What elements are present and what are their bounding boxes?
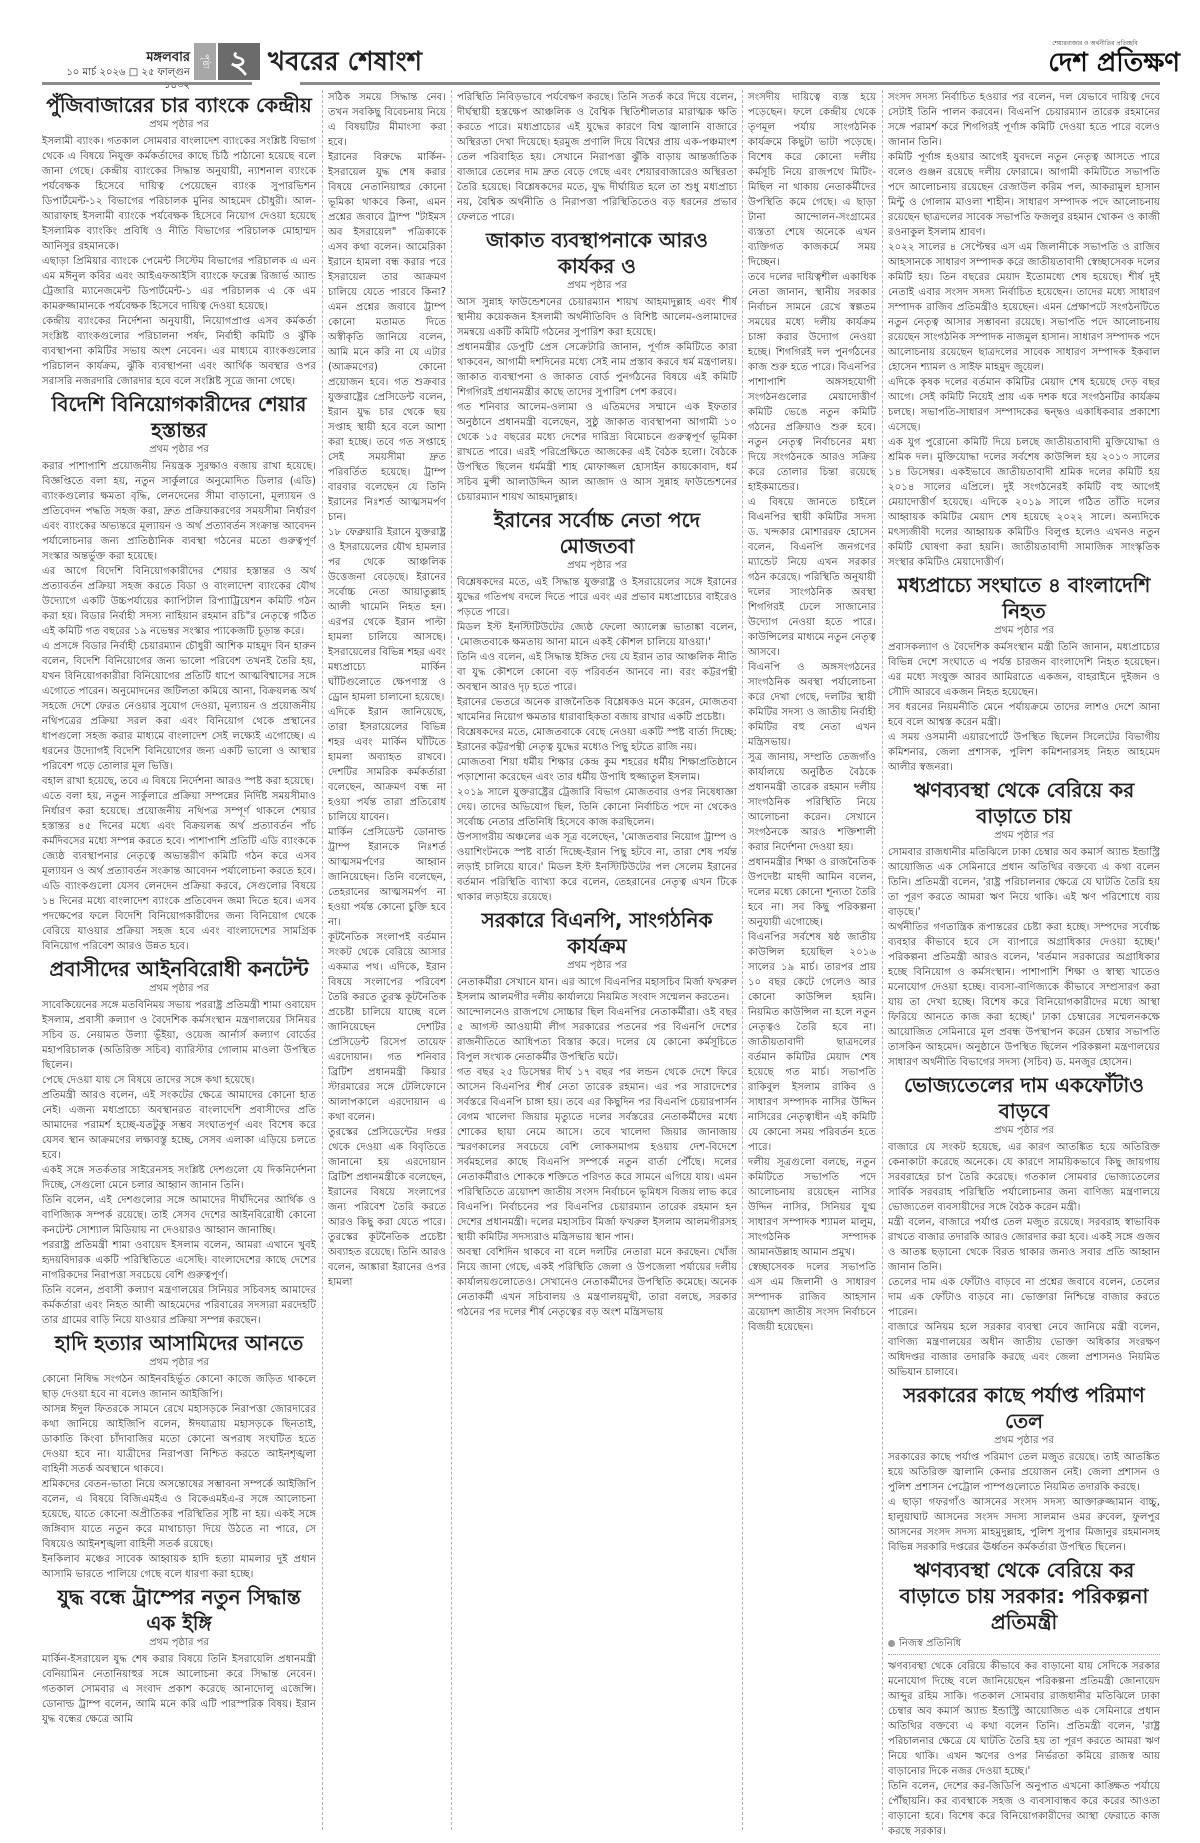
issue-date-block: মঙ্গলবার ১০ মার্চ ২০২৬ □ ২৫ ফাল্গুন ১৪৩২	[60, 50, 190, 92]
continued-label: প্রথম পৃষ্ঠার পর	[42, 982, 316, 996]
paragraph: তুরস্কের প্রেসিডেন্টের দপ্তর থেকে দেওয়া…	[328, 1125, 446, 1290]
issue-date: ১০ মার্চ ২০২৬ □ ২৫ ফাল্গুন ১৪৩২	[60, 66, 190, 92]
article-oil-reserve: সরকারের কাছে পর্যাপ্ত পরিমাণ তেল প্রথম প…	[888, 1382, 1160, 1555]
byline-text: নিজস্ব প্রতিনিধি	[899, 1638, 961, 1649]
paragraph: স্বেচ্ছাসেবক দলের সভাপতি এস এম জিলানী ও …	[748, 1260, 876, 1335]
headline: ঋণব্যবস্থা থেকে বেরিয়ে কর বাড়াতে চায়	[888, 777, 1160, 829]
continued-label: প্রথম পৃষ্ঠার পর	[42, 443, 316, 457]
paragraph: দলীয় সূত্রগুলো বলছে, নতুন কমিটিতে সভাপত…	[748, 1155, 876, 1260]
paragraph: সুত্র জানায়, সম্প্রতি তেজগাঁও কার্যালয়…	[748, 750, 876, 855]
article-iran-leader: ইরানের সর্বোচ্চ নেতা পদে মোজতবা প্রথম পৃ…	[457, 507, 737, 905]
paragraph: বিএনপি ও অঙ্গসংগঠনের সাংগঠনিক অবস্থা পর্…	[748, 660, 876, 750]
paragraph: আস সুন্নাহ ফাউন্ডেশনের চেয়ারম্যান শায়খ…	[457, 295, 737, 340]
continued-label: প্রথম পৃষ্ঠার পর	[888, 1434, 1160, 1448]
paragraph: এর আগে বিদেশি বিনিয়োগকারীদের শেয়ার হস্…	[42, 564, 316, 639]
logo-wordmark: দেশ প্রতিক্ষণ	[1048, 48, 1180, 78]
paragraph: বিএনপির সর্বশেষ ষষ্ঠ জাতীয় কাউন্সিল হয়…	[748, 930, 876, 1155]
continued-label: প্রথম পৃষ্ঠার পর	[42, 1356, 316, 1370]
headline: পুঁজিবাজারের চার ব্যাংকে কেন্দ্রীয়	[42, 92, 316, 118]
paragraph: এদিকে কৃষক দলের বর্তমান কমিটির মেয়াদ শে…	[888, 375, 1160, 435]
paragraph: বিশ্লেষকদের মতে, মোজতবাকে বেছে নেওয়া এক…	[457, 725, 737, 755]
continued-label: প্রথম পৃষ্ঠার পর	[457, 279, 737, 293]
paragraph: কোনো নিষিদ্ধ সংগঠন আইনবহির্ভূত কোনো কাজে…	[42, 1372, 316, 1402]
paragraph: মোজতবা শিয়া ধর্মীয় শিক্ষার কেন্দ্র কুম…	[457, 755, 737, 785]
paragraph: এছাড়া প্রিমিয়ার ব্যাংকে পেমেন্ট সিস্টে…	[42, 254, 316, 314]
paragraph: এ প্রসঙ্গে বিডার নির্বাহী চেয়ারম্যান চৌ…	[42, 639, 316, 774]
headline: ইরানের সর্বোচ্চ নেতা পদে মোজতবা	[457, 507, 737, 559]
column-2: সঠিক সময়ে সিদ্ধান্ত নেব। তখন সবকিছু বিব…	[328, 90, 446, 1835]
paragraph: তিনি বলেন, দেশের কর-জিডিপি অনুপাত এখনো ক…	[888, 1779, 1160, 1835]
paragraph: মার্কিন প্রেসিডেন্ট ডোনাল্ড ট্রাম্প ইরান…	[328, 825, 446, 930]
paragraph: এদিকে ইরান জানিয়েছে, তারা ইসরায়েলের বি…	[328, 705, 446, 825]
paragraph: তেলের দাম এক ফোঁটাও বাড়বে না প্রশ্নের জ…	[888, 1275, 1160, 1320]
paragraph: আন্দোলনেও রাজপথে সোচ্চার ছিল বিএনপির নেত…	[457, 1005, 737, 1065]
headline: ঋণব্যবস্থা থেকে বেরিয়ে কর বাড়াতে চায় …	[888, 1557, 1160, 1635]
headline: হাদি হত্যার আসামিদের আনতে	[42, 1330, 316, 1356]
column-divider	[882, 90, 883, 1830]
paragraph: প্রধানমন্ত্রীর শিক্ষা ও রাজনৈতিক উপদেষ্ট…	[748, 855, 876, 930]
paragraph: এ ছাড়া গফরগাঁও আসনের সংসদ সদস্য আক্তারু…	[888, 1495, 1160, 1555]
paragraph: আসন্ন ঈদুল ফিতরকে সামনে রেখে মহাসড়কে নি…	[42, 1402, 316, 1477]
paragraph: ইরানের ভেতরে অনেক রাজনৈতিক বিশ্লেষকও মনে…	[457, 695, 737, 725]
article-foreign-investors: বিদেশি বিনিয়োগকারীদের শেয়ার হস্তান্তর …	[42, 391, 316, 954]
paragraph: ঋণব্যবস্থা থেকে বেরিয়ে কীভাবে কর বাড়ান…	[888, 1659, 1160, 1779]
paragraph: সোমবার রাজধানীর মতিঝিলে ঢাকা চেম্বার অব …	[888, 845, 1160, 920]
paragraph: তিনি বলেন, প্রবাসী কল্যাণ মন্ত্রণালয়ের …	[42, 1283, 316, 1328]
article-debt-tax-full: ঋণব্যবস্থা থেকে বেরিয়ে কর বাড়াতে চায় …	[888, 1557, 1160, 1835]
page-number: ২	[218, 43, 260, 80]
paragraph: গত শনিবার আলেম-ওলামা ও এতিমদের সম্মানে এ…	[457, 400, 737, 505]
paragraph: তিনি বলেন, এই দেশগুলোর সঙ্গে আমাদের দীর্…	[42, 1193, 316, 1238]
column-1: পুঁজিবাজারের চার ব্যাংকে কেন্দ্রীয় প্রথ…	[42, 90, 316, 1835]
paragraph: করার পাশাপাশি প্রয়োজনীয় নিয়ন্ত্রক সুর…	[42, 459, 316, 564]
continued-label: প্রথম পৃষ্ঠার পর	[42, 1636, 316, 1650]
paragraph: পরিস্থিতি নিবিড়ভাবে পর্যবেক্ষণ করছে। তি…	[457, 90, 737, 225]
paragraph: প্রবাসকল্যাণ ও বৈদেশিক কর্মসংস্থান মন্ত্…	[888, 640, 1160, 700]
paragraph: ১৮ ফেব্রুয়ারি ইরানে যুক্তরাষ্ট্র ও ইসরা…	[328, 525, 446, 705]
paragraph: বাজারে অনিয়ম হলে সরকার ব্যবস্থা নেবে জা…	[888, 1320, 1160, 1380]
paragraph: সাবেকিয়েনের সঙ্গে মতবিনিময় সভায় পররাষ…	[42, 998, 316, 1073]
headline: প্রবাসীদের আইনবিরোধী কনটেন্ট	[42, 956, 316, 982]
article-hadi-murder: হাদি হত্যার আসামিদের আনতে প্রথম পৃষ্ঠার …	[42, 1330, 316, 1582]
paragraph: পররাষ্ট্র প্রতিমন্ত্রী শামা ওবায়েদ ইসলা…	[42, 1238, 316, 1283]
paragraph: বিশ্লেষকদের মতে, এই সিদ্ধান্ত যুক্তরাষ্ট…	[457, 575, 737, 620]
paragraph: বাজারে যে সংকট হয়েছে, এর কারণ আতঙ্কিত হ…	[888, 1140, 1160, 1215]
paragraph: ইনকিলাব মঞ্চের সাবেক আহ্বায়ক হাদি হত্যা…	[42, 1552, 316, 1582]
paragraph: মন্ত্রী বলেন, বাজারে পর্যাপ্ত তেল মজুত র…	[888, 1215, 1160, 1275]
paragraph: মার্কিন-ইসরায়েল যুদ্ধ শেষ করার বিষয়ে ত…	[42, 1652, 316, 1727]
byline: নিজস্ব প্রতিনিধি	[888, 1637, 1160, 1655]
paragraph: ইসলামী ব্যাংক। গতকাল সোমবার বাংলাদেশ ব্য…	[42, 134, 316, 254]
article-middle-east-deaths: মধ্যপ্রাচ্যে সংঘাতে ৪ বাংলাদেশি নিহত প্র…	[888, 572, 1160, 775]
continued-label: প্রথম পৃষ্ঠার পর	[457, 959, 737, 973]
paragraph: পেছে দেওয়া যায় সে বিষয়ে তাদের সঙ্গে ক…	[42, 1073, 316, 1088]
paragraph: গত বছর ২৫ ডিসেম্বর দীর্ঘ ১৭ বছর পর লন্ডন…	[457, 1065, 737, 1245]
continued-label: প্রথম পৃষ্ঠার পর	[42, 118, 316, 132]
paragraph: কমিটি পূর্ণাঙ্গ হওয়ার আগেই যুবদলে নতুন …	[888, 150, 1160, 240]
column-divider	[451, 90, 452, 1830]
headline: যুদ্ধ বন্ধে ট্রাম্পের নতুন সিদ্ধান্ত এক …	[42, 1584, 316, 1636]
paragraph: সংসদীয় দায়িত্বে ব্যস্ত হয়ে পড়েছেন। ফ…	[748, 90, 876, 270]
headline: সরকারের কাছে পর্যাপ্ত পরিমাণ তেল	[888, 1382, 1160, 1434]
header-rule-left	[42, 82, 252, 85]
paragraph: এক যুগ পুরোনো কমিটি দিয়ে চলছে জাতীয়তাব…	[888, 435, 1160, 570]
paragraph: ২০১৯ সালে যুক্তরাষ্ট্রের ট্রেজারি বিভাগ …	[457, 785, 737, 830]
paragraph: শ্রমিকদের বেতন-ভাতা নিয়ে অসন্তোষের সম্ভ…	[42, 1477, 316, 1552]
paragraph: নেতাকর্মীরা সেখানে যান। এর আগে বিএনপির ম…	[457, 975, 737, 1005]
paragraph: অবস্থা বেশিদিন থাকবে না বলে দলটির নেতারা…	[457, 1245, 737, 1320]
section-title: খবরের শেষাংশ	[268, 46, 422, 78]
paragraph: প্রধানমন্ত্রীর ডেপুটি প্রেস সেক্রেটারি জ…	[457, 340, 737, 400]
continued-label: প্রথম পৃষ্ঠার পর	[457, 559, 737, 573]
paragraph: বহাল রাখা হয়েছে, তবে এ বিষয়ে নির্দেশনা…	[42, 774, 316, 789]
article-zakat: জাকাত ব্যবস্থাপনাকে আরও কার্যকর ও প্রথম …	[457, 227, 737, 505]
paragraph: ইরানের বিরুদ্ধে মার্কিন-ইসরায়েল যুদ্ধ শ…	[328, 150, 446, 525]
paragraph: সরকারের কাছে পর্যাপ্ত পরিমাণ তেল মজুত রয…	[888, 1450, 1160, 1495]
paragraph: সংসদ সদস্য নির্বাচিত হওয়ার পর বলেন, দল …	[888, 90, 1160, 150]
article-pujibazar: পুঁজিবাজারের চার ব্যাংকে কেন্দ্রীয় প্রথ…	[42, 92, 316, 389]
column-divider	[322, 90, 323, 1830]
article-debt-tax: ঋণব্যবস্থা থেকে বেরিয়ে কর বাড়াতে চায় …	[888, 777, 1160, 1070]
newspaper-logo: শেয়ারবাজার ও অর্থনীতির প্রতিচ্ছবি দেশ প…	[1048, 40, 1180, 78]
paragraph: প্রতিমন্ত্রী আরও বলেন, এই সংকটের ক্ষেত্র…	[42, 1088, 316, 1163]
paragraph: এতে বলা হয়, নতুন সার্কুলারে প্রক্রিয়া …	[42, 789, 316, 954]
column-3: পরিস্থিতি নিবিড়ভাবে পর্যবেক্ষণ করছে। তি…	[457, 90, 737, 1835]
paragraph: মিডল ইস্ট ইনস্টিটিউটের জ্যেষ্ঠ ফেলো অ্যা…	[457, 620, 737, 650]
paragraph: কূটনৈতিক সংলাপই বর্তমান সংকট থেকে বেরিয়…	[328, 930, 446, 1125]
issue-weekday: মঙ্গলবার	[60, 50, 190, 66]
paragraph: কেন্দ্রীয় ব্যাংকের নির্দেশনা অনুযায়ী, …	[42, 314, 316, 389]
article-edible-oil: ভোজ্যতেলের দাম একফোঁটাও বাড়বে প্রথম পৃষ…	[888, 1072, 1160, 1380]
paragraph: ২০২২ সালের ৪ সেপ্টেম্বর এস এম জিলানীকে স…	[888, 240, 1160, 375]
masthead: মঙ্গলবার ১০ মার্চ ২০২৬ □ ২৫ ফাল্গুন ১৪৩২…	[0, 0, 1200, 80]
headline: বিদেশি বিনিয়োগকারীদের শেয়ার হস্তান্তর	[42, 391, 316, 443]
column-divider	[742, 90, 743, 1830]
paragraph: এ বিষয়ে জানতে চাইলে বিএনপির স্থায়ী কমি…	[748, 495, 876, 660]
column-4: সংসদীয় দায়িত্বে ব্যস্ত হয়ে পড়েছেন। ফ…	[748, 90, 876, 1835]
continued-label: প্রথম পৃষ্ঠার পর	[888, 1124, 1160, 1138]
column-5: সংসদ সদস্য নির্বাচিত হওয়ার পর বলেন, দল …	[888, 90, 1160, 1835]
paragraph: অর্থনীতির গণতান্ত্রিক রূপান্তরের চেষ্টা …	[888, 920, 1160, 1070]
paragraph: এ সময় ওসমানী এয়ারপোর্টে উপস্থিত ছিলেন …	[888, 730, 1160, 775]
continued-label: প্রথম পৃষ্ঠার পর	[888, 624, 1160, 638]
headline: মধ্যপ্রাচ্যে সংঘাতে ৪ বাংলাদেশি নিহত	[888, 572, 1160, 624]
headline: সরকারে বিএনপি, সাংগঠনিক কার্যক্রম	[457, 907, 737, 959]
paragraph: সব ধরনের নিয়মনীতি মেনে পর্যায়ক্রমে তাদ…	[888, 700, 1160, 730]
logo-tagline: শেয়ারবাজার ও অর্থনীতির প্রতিচ্ছবি	[1052, 40, 1180, 48]
headline: জাকাত ব্যবস্থাপনাকে আরও কার্যকর ও	[457, 227, 737, 279]
paragraph: একই সঙ্গে সতর্কতার সাইরেনসহ সংশ্লিষ্ট দে…	[42, 1163, 316, 1193]
continued-label: প্রথম পৃষ্ঠার পর	[888, 829, 1160, 843]
article-bnp-organisation: সরকারে বিএনপি, সাংগঠনিক কার্যক্রম প্রথম …	[457, 907, 737, 1320]
paragraph: উপসাগরীয় অঞ্চলের এক সূত্র বলেছেন, 'মোজত…	[457, 830, 737, 905]
paragraph: তবে দলের দায়িত্বশীল একাধিক নেতা জানান, …	[748, 270, 876, 495]
bullet-icon	[888, 1640, 895, 1647]
page-label: পৃষ্ঠা	[194, 43, 216, 80]
article-expatriates: প্রবাসীদের আইনবিরোধী কনটেন্ট প্রথম পৃষ্ঠ…	[42, 956, 316, 1328]
header-rule-right	[300, 82, 1160, 85]
article-trump-war: যুদ্ধ বন্ধে ট্রাম্পের নতুন সিদ্ধান্ত এক …	[42, 1584, 316, 1727]
headline: ভোজ্যতেলের দাম একফোঁটাও বাড়বে	[888, 1072, 1160, 1124]
paragraph: সঠিক সময়ে সিদ্ধান্ত নেব। তখন সবকিছু বিব…	[328, 90, 446, 150]
paragraph: তিনি এও বলেন, এই সিদ্ধান্ত ইঙ্গিত দেয় য…	[457, 650, 737, 695]
